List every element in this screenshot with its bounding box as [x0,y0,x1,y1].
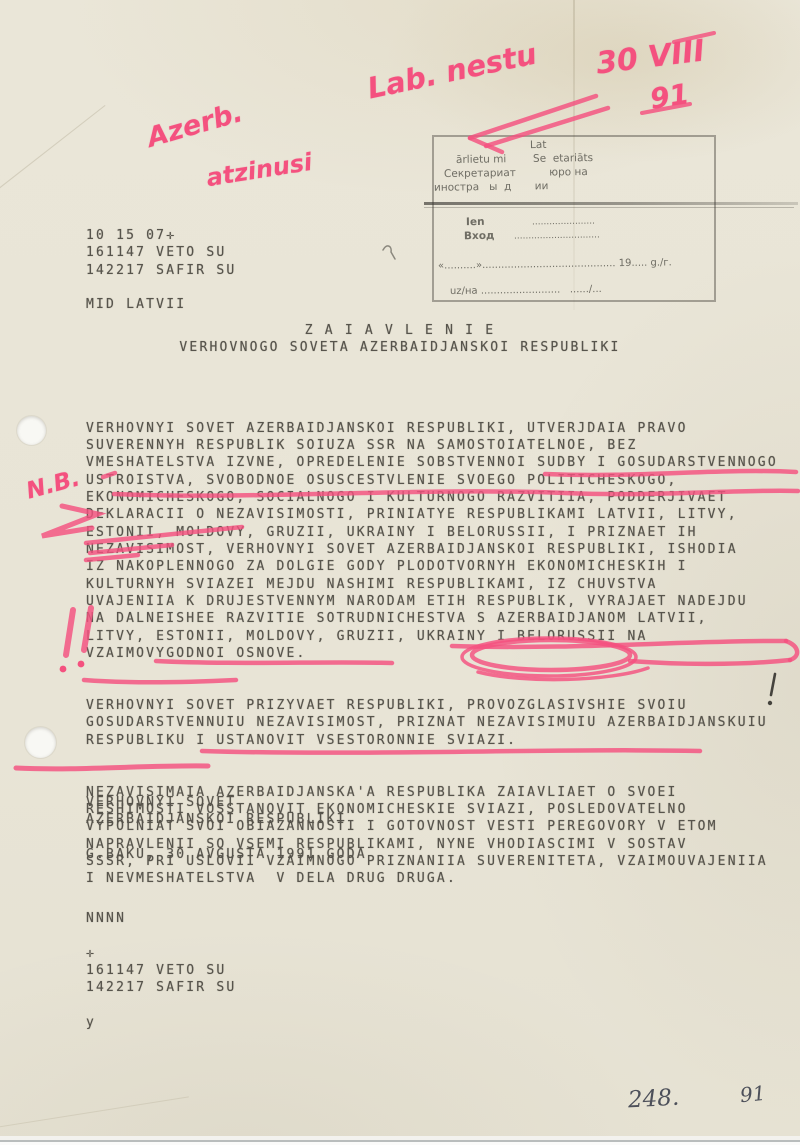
punch-hole-top [17,416,46,445]
stamp-thin-rule [424,207,794,208]
stamp-uz-line: uz/на ......................... ....../.… [450,284,602,297]
paper-crease-bottomleft [0,1096,189,1128]
stamp-line4: иностра ы д ии [434,180,549,194]
stamp-entry-russian: Вход [464,230,495,242]
stamp-entry-dots-1: ...................... [532,217,595,228]
signature-block: VERHOVNYI SOVET AZERBAIDJANSKOI RESPUBLI… [86,794,367,863]
pencil-small-squiggle [383,246,395,259]
stamp-entry-dots-2: .............................. [514,230,600,241]
pencil-number: 248. [627,1085,680,1114]
handwriting-date-30-viii: 30 VIII [594,33,706,81]
punch-hole-bottom [25,727,56,758]
telex-footer: NNNN ✛ 161147 VETO SU 142217 SAFIR SU y [86,910,236,1031]
stamp-entry-latvian: Ien [466,216,485,228]
stamp-heavy-rule [424,202,798,205]
scanned-telex-document: Lat ārlietu mi Se etariāts Секретариат ю… [0,0,800,1145]
handwriting-atzinusi: atzinusi [204,148,314,192]
handwriting-nb: N.B. [24,465,83,504]
handwriting-lab-nestu: Lab. nestu [364,36,539,105]
stamp-line3: Секретариат юро на [444,166,588,180]
paper-crease-topleft [0,105,105,192]
pencil-year: 91 [739,1081,767,1108]
body-paragraph-2: VERHOVNYI SOVET PRIZYVAET RESPUBLIKI, PR… [86,697,778,749]
stamp-line1: Lat [530,139,547,151]
registration-stamp: Lat ārlietu mi Se etariāts Секретариат ю… [432,135,716,302]
handwriting-date-91: 91 [648,77,692,116]
document-title: Z A I A V L E N I E VERHOVNOGO SOVETA AZ… [0,322,800,357]
body-paragraph-1: VERHOVNYI SOVET AZERBAIDJANSKOI RESPUBLI… [86,420,778,663]
handwriting-azerb: Azerb. [144,97,247,154]
stamp-date-line: «..........»............................… [438,257,672,271]
telex-header: 10 15 07✛ 161147 VETO SU 142217 SAFIR SU… [86,227,236,314]
stamp-line2: ārlietu mi Se etariāts [456,152,593,166]
